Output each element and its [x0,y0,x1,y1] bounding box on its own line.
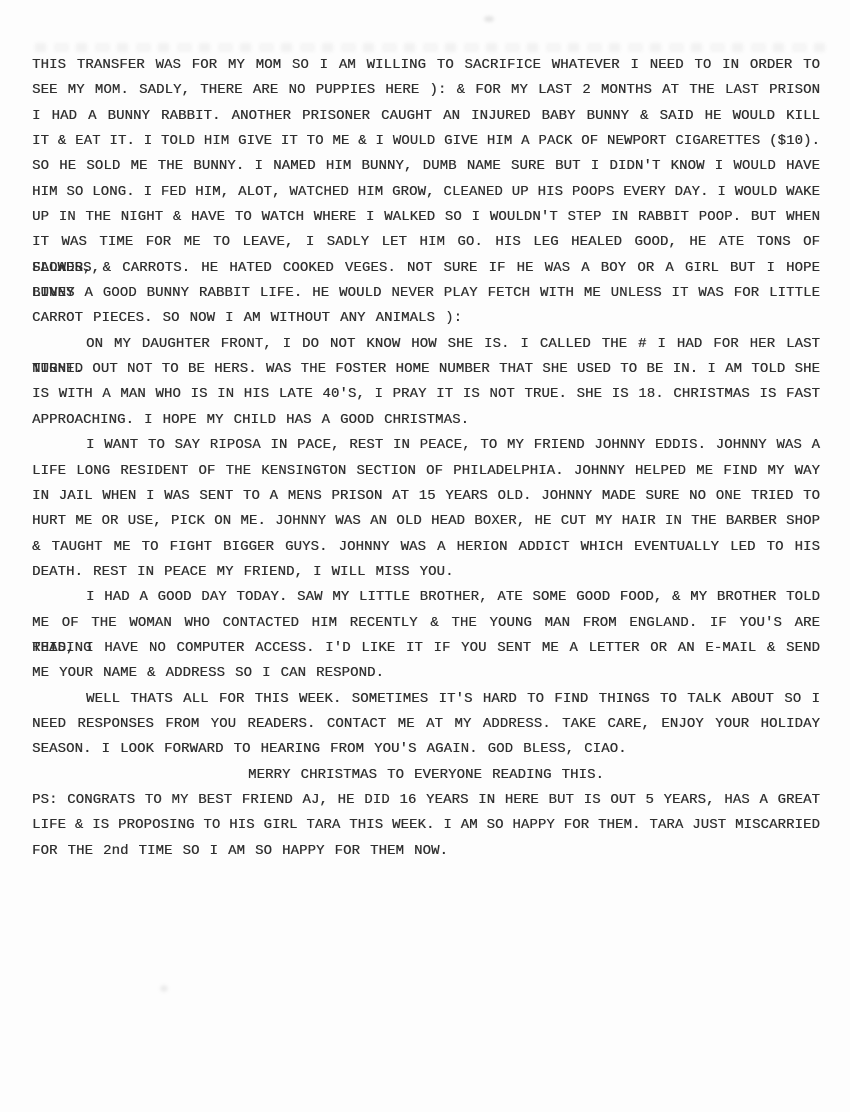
scan-smudge-bottom [160,985,168,992]
text-line: SEASON. I LOOK FORWARD TO HEARING FROM Y… [32,737,820,762]
text-line: WELL THATS ALL FOR THIS WEEK. SOMETIMES … [32,687,820,712]
text-line: NEED RESPONSES FROM YOU READERS. CONTACT… [32,712,820,737]
text-line: ME YOUR NAME & ADDRESS SO I CAN RESPOND. [32,661,820,686]
text-line: I HAD A GOOD DAY TODAY. SAW MY LITTLE BR… [32,585,820,610]
text-line: MERRY CHRISTMAS TO EVERYONE READING THIS… [32,763,820,788]
text-line: LIFE LONG RESIDENT OF THE KENSINGTON SEC… [32,459,820,484]
text-line: APPROACHING. I HOPE MY CHILD HAS A GOOD … [32,408,820,433]
letter-body: THIS TRANSFER WAS FOR MY MOM SO I AM WIL… [32,53,820,864]
text-line: IS WITH A MAN WHO IS IN HIS LATE 40'S, I… [32,382,820,407]
text-line: & TAUGHT ME TO FIGHT BIGGER GUYS. JOHNNY… [32,535,820,560]
text-line: THIS TRANSFER WAS FOR MY MOM SO I AM WIL… [32,53,820,78]
text-line: PS: CONGRATS TO MY BEST FRIEND AJ, HE DI… [32,788,820,813]
text-line: IT WAS TIME FOR ME TO LEAVE, I SADLY LET… [32,230,820,255]
text-line: IT & EAT IT. I TOLD HIM GIVE IT TO ME & … [32,129,820,154]
text-line: DEATH. REST IN PEACE MY FRIEND, I WILL M… [32,560,820,585]
text-line: SALADS, & CARROTS. HE HATED COOKED VEGES… [32,256,820,281]
text-line: I HAD A BUNNY RABBIT. ANOTHER PRISONER C… [32,104,820,129]
text-line: FOR THE 2nd TIME SO I AM SO HAPPY FOR TH… [32,839,820,864]
scan-smudge-top [484,16,494,22]
text-line: IN JAIL WHEN I WAS SENT TO A MENS PRISON… [32,484,820,509]
text-line: ME OF THE WOMAN WHO CONTACTED HIM RECENT… [32,611,820,636]
text-line: CARROT PIECES. SO NOW I AM WITHOUT ANY A… [32,306,820,331]
text-line: LIVES A GOOD BUNNY RABBIT LIFE. HE WOULD… [32,281,820,306]
letter-page: THIS TRANSFER WAS FOR MY MOM SO I AM WIL… [0,0,850,1112]
text-line: SO HE SOLD ME THE BUNNY. I NAMED HIM BUN… [32,154,820,179]
text-line: THIS, I HAVE NO COMPUTER ACCESS. I'D LIK… [32,636,820,661]
text-line: TURNED OUT NOT TO BE HERS. WAS THE FOSTE… [32,357,820,382]
text-line: HURT ME OR USE, PICK ON ME. JOHNNY WAS A… [32,509,820,534]
text-line: HIM SO LONG. I FED HIM, ALOT, WATCHED HI… [32,180,820,205]
text-line: I WANT TO SAY RIPOSA IN PACE, REST IN PE… [32,433,820,458]
text-line: ON MY DAUGHTER FRONT, I DO NOT KNOW HOW … [32,332,820,357]
text-line: SEE MY MOM. SADLY, THERE ARE NO PUPPIES … [32,78,820,103]
bleed-through-artifact [35,43,830,52]
text-line: UP IN THE NIGHT & HAVE TO WATCH WHERE I … [32,205,820,230]
text-line: LIFE & IS PROPOSING TO HIS GIRL TARA THI… [32,813,820,838]
